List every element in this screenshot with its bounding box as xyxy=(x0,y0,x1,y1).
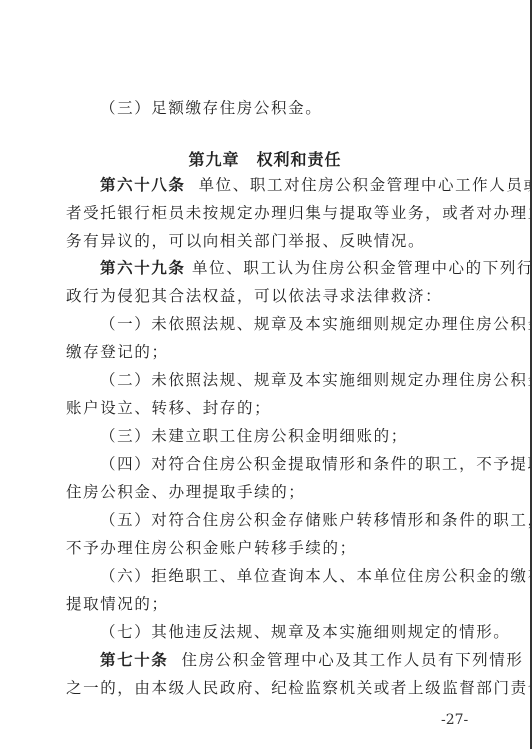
item-5-line-1: （五）对符合住房公积金存储账户转移情形和条件的职工， xyxy=(100,510,476,530)
item-2-line-1: （二）未依照法规、规章及本实施细则规定办理住房公积金 xyxy=(100,370,476,390)
article-69-text: 单位、职工认为住房公积金管理中心的下列行 xyxy=(192,259,532,277)
page-number: -27- xyxy=(441,712,468,728)
article-68-label: 第六十八条 xyxy=(100,176,186,194)
item-1-line-2: 缴存登记的； xyxy=(66,342,476,362)
item-5-line-2: 不予办理住房公积金账户转移手续的； xyxy=(66,538,476,558)
article-68-line-1: 第六十八条 单位、职工对住房公积金管理中心工作人员或 xyxy=(100,175,476,195)
article-69-line-1: 第六十九条 单位、职工认为住房公积金管理中心的下列行 xyxy=(100,258,476,278)
item-4-line-1: （四）对符合住房公积金提取情形和条件的职工，不予提取 xyxy=(100,454,476,474)
article-70-line-1: 第七十条 住房公积金管理中心及其工作人员有下列情形 xyxy=(100,650,476,670)
article-68-text: 单位、职工对住房公积金管理中心工作人员或 xyxy=(199,176,532,194)
item-2-line-2: 账户设立、转移、封存的； xyxy=(66,398,476,418)
item-3-line-1: （三）未建立职工住房公积金明细账的； xyxy=(100,426,476,446)
item-6-line-1: （六）拒绝职工、单位查询本人、本单位住房公积金的缴存、 xyxy=(100,566,476,586)
item-6-line-2: 提取情况的； xyxy=(66,594,476,614)
item-4-line-2: 住房公积金、办理提取手续的； xyxy=(66,482,476,502)
document-page: （三）足额缴存住房公积金。 第九章 权利和责任 第六十八条 单位、职工对住房公积… xyxy=(0,0,530,749)
article-70-line-2: 之一的，由本级人民政府、纪检监察机关或者上级监督部门责令 xyxy=(66,678,476,698)
article-70-label: 第七十条 xyxy=(100,651,168,669)
article-69-label: 第六十九条 xyxy=(100,259,186,277)
article-68-line-3: 务有异议的，可以向相关部门举报、反映情况。 xyxy=(66,231,476,251)
item-3-sufficient-deposit: （三）足额缴存住房公积金。 xyxy=(100,98,476,118)
chapter-title: 第九章 权利和责任 xyxy=(0,147,530,170)
article-69-line-2: 政行为侵犯其合法权益，可以依法寻求法律救济： xyxy=(66,286,476,306)
article-70-text: 住房公积金管理中心及其工作人员有下列情形 xyxy=(181,651,523,669)
article-68-line-2: 者受托银行柜员未按规定办理归集与提取等业务，或者对办理业 xyxy=(66,203,476,223)
item-7-line-1: （七）其他违反法规、规章及本实施细则规定的情形。 xyxy=(100,622,476,642)
item-1-line-1: （一）未依照法规、规章及本实施细则规定办理住房公积金 xyxy=(100,314,476,334)
